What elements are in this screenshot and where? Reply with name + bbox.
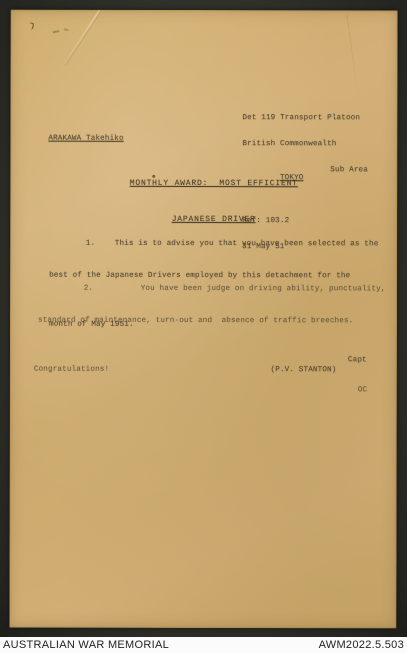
signatory-appointment: OC xyxy=(358,385,367,395)
letterhead-unit: Det 119 Transport Platoon xyxy=(242,114,360,123)
paragraph-2-line-1: 2.You have been judge on driving ability… xyxy=(46,264,385,281)
paragraph-2-line-2: standard of maintenance, turn-out and ab… xyxy=(38,313,385,330)
accession-number: AWM2022.5.503 xyxy=(319,639,404,651)
signatory-rank: Capt xyxy=(348,355,367,365)
addressee-name: ARAKAWA Takehiko xyxy=(48,135,123,144)
ink-mark xyxy=(29,22,34,29)
ink-speck xyxy=(152,175,155,178)
pencil-smudge xyxy=(64,28,69,31)
pencil-smudge xyxy=(52,30,59,33)
letterhead-organisation: British Commonwealth xyxy=(242,140,360,149)
archive-caption-bar: AUSTRALIAN WAR MEMORIAL AWM2022.5.503 xyxy=(0,637,407,653)
paragraph-text: You have been judge on driving ability, … xyxy=(141,285,386,294)
signature-line-2: OC xyxy=(233,385,337,395)
signature-line-1: (P.V. STANTON) Capt xyxy=(233,355,337,365)
photo-backdrop: Det 119 Transport Platoon British Common… xyxy=(0,0,407,653)
signatory-name: (P.V. STANTON) xyxy=(271,366,337,374)
signature-block: (P.V. STANTON) Capt OC xyxy=(233,335,337,415)
institution-name: AUSTRALIAN WAR MEMORIAL xyxy=(3,639,169,651)
document-paper: Det 119 Transport Platoon British Common… xyxy=(9,10,397,629)
paper-crease xyxy=(64,10,101,65)
paper-crease xyxy=(346,15,359,104)
paragraph-number: 2. xyxy=(84,281,141,297)
